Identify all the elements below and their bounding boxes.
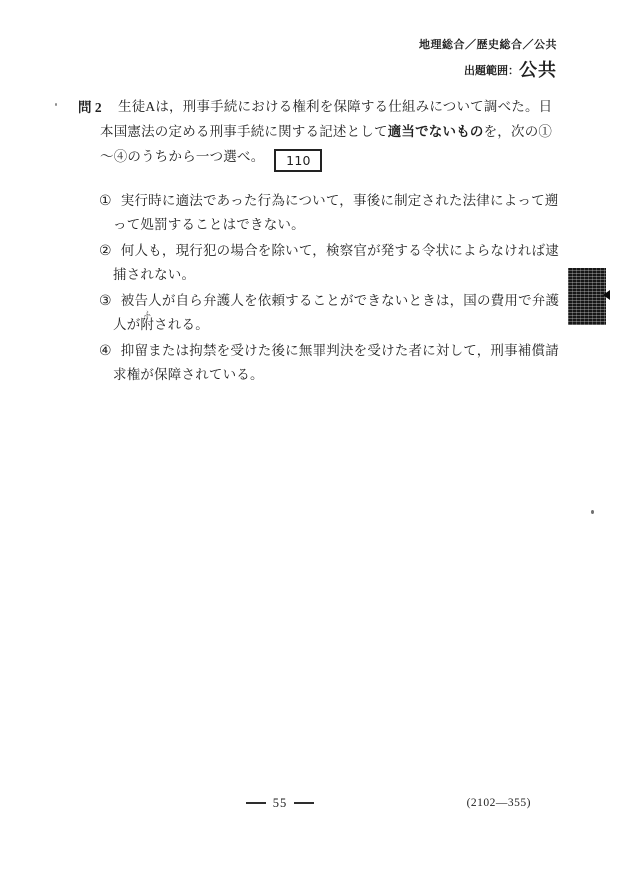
option-item-4: ④抑留または拘禁を受けた後に無罪判決を受けた者に対して，刑事補償請求権が保障され… bbox=[99, 339, 561, 387]
scan-speck bbox=[55, 103, 57, 106]
option-item-2: ②何人も，現行犯の場合を除いて，検察官が発する令状によらなければ逮捕されない。 bbox=[99, 239, 561, 287]
option-text-after: される。 bbox=[154, 317, 209, 332]
page-number: 55 bbox=[273, 796, 288, 810]
ruby-annotation: ふ bbox=[140, 310, 154, 318]
option-number-circle: ④ bbox=[99, 343, 112, 359]
exam-page: 地理総合／歴史総合／公共 出題範囲：公共 問 2 生徒Aは，刑事手続における権利… bbox=[0, 0, 620, 876]
page-header: 地理総合／歴史総合／公共 出題範囲：公共 bbox=[419, 36, 557, 82]
scan-speck bbox=[591, 510, 594, 514]
question-emphasis: 適当でないもの bbox=[388, 124, 484, 140]
footer-code: (2102—355) bbox=[467, 797, 531, 809]
ruby-base: 附 bbox=[140, 317, 154, 332]
range-label: 出題範囲： bbox=[464, 64, 519, 77]
subject-line: 地理総合／歴史総合／公共 bbox=[419, 36, 557, 52]
option-number-circle: ② bbox=[99, 243, 112, 259]
option-list: ①実行時に適法であった行為について，事後に制定された法律によって遡って処罰するこ… bbox=[99, 189, 561, 389]
range-value: 公共 bbox=[519, 60, 557, 81]
exam-range-line: 出題範囲：公共 bbox=[419, 56, 557, 82]
question-body: 生徒Aは，刑事手続における権利を保障する仕組みについて調べた。日本国憲法の定める… bbox=[100, 95, 558, 172]
option-number-circle: ① bbox=[99, 193, 112, 209]
page-number-rule bbox=[246, 802, 266, 804]
option-text: 何人も，現行犯の場合を除いて，検察官が発する令状によらなければ逮捕されない。 bbox=[113, 243, 559, 282]
question-label: 問 2 bbox=[78, 95, 102, 120]
option-item-3: ③被告人が自ら弁護人を依頼することができないときは，国の費用で弁護人が附ふされる… bbox=[99, 289, 561, 337]
page-number-rule bbox=[294, 802, 314, 804]
option-ruby: 附ふ bbox=[140, 317, 154, 332]
option-text: 実行時に適法であった行為について，事後に制定された法律によって遡って処罰すること… bbox=[113, 193, 559, 232]
footer-page-number: 55 bbox=[180, 796, 380, 811]
option-number-circle: ③ bbox=[99, 293, 112, 309]
option-item-1: ①実行時に適法であった行為について，事後に制定された法律によって遡って処罰するこ… bbox=[99, 189, 561, 237]
answer-number-box: 110 bbox=[274, 149, 322, 172]
print-arrow-mark bbox=[603, 290, 610, 300]
option-text: 抑留または拘禁を受けた後に無罪判決を受けた者に対して，刑事補償請求権が保障されて… bbox=[113, 343, 559, 382]
registration-mark bbox=[568, 268, 606, 325]
